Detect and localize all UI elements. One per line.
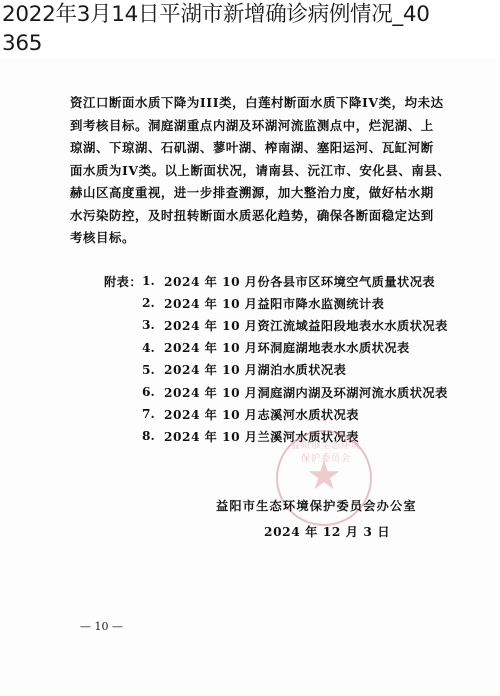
appendix-item: 5. 2024 年 10 月湖泊水质状况表	[104, 359, 448, 381]
body-line: 考核目标。	[70, 227, 430, 250]
body-paragraph: 资江口断面水质下降为III类，白莲村断面水质下降IV类，均未达 到考核目标。洞庭…	[70, 92, 430, 250]
appendix-item-number: 2.	[142, 296, 164, 310]
issuing-office: 益阳市生态环境保护委员会办公室	[216, 497, 417, 514]
appendix-item: 附表： 1. 2024 年 10 月份各县市区环境空气质量状况表	[104, 270, 448, 292]
body-line: 资江口断面水质下降为III类，白莲村断面水质下降IV类，均未达	[70, 92, 430, 115]
body-line: 琼湖、下琼湖、石矶湖、蓼叶湖、榨南湖、塞阳运河、瓦缸河断	[70, 137, 430, 160]
appendix-item-text: 2024 年 10 月湖泊水质状况表	[164, 361, 346, 378]
page-title-line-2: 365	[2, 29, 500, 58]
appendix-item-number: 1.	[142, 274, 164, 288]
appendix-item-number: 5.	[142, 363, 164, 377]
appendix-item-text: 2024 年 10 月益阳市降水监测统计表	[164, 295, 384, 312]
appendix-item-number: 4.	[142, 341, 164, 355]
page-title: 2022年3月14日平湖市新增确诊病例情况_40 365	[2, 0, 500, 58]
appendix-label: 附表：	[104, 273, 142, 290]
appendix-item: 7. 2024 年 10 月志溪河水质状况表	[104, 403, 448, 425]
appendix-item-number: 8.	[142, 429, 164, 443]
issue-date: 2024 年 12 月 3 日	[264, 523, 390, 540]
appendix-item: 6. 2024 年 10 月洞庭湖内湖及环湖河流水质状况表	[104, 381, 448, 403]
appendix-list: 附表： 1. 2024 年 10 月份各县市区环境空气质量状况表 2. 2024…	[104, 270, 448, 448]
appendix-item-number: 6.	[142, 385, 164, 399]
appendix-item-text: 2024 年 10 月环洞庭湖地表水水质状况表	[164, 339, 410, 356]
body-line: 赫山区高度重视，进一步排查溯源，加大整治力度，做好枯水期	[70, 182, 430, 205]
appendix-item-number: 7.	[142, 407, 164, 421]
page-number: — 10 —	[80, 620, 123, 633]
appendix-item: 3. 2024 年 10 月资江流域益阳段地表水水质状况表	[104, 314, 448, 336]
appendix-item-number: 3.	[142, 318, 164, 332]
appendix-item: 8. 2024 年 10 月兰溪河水质状况表	[104, 425, 448, 447]
appendix-item-text: 2024 年 10 月资江流域益阳段地表水水质状况表	[164, 317, 448, 334]
appendix-item-text: 2024 年 10 月份各县市区环境空气质量状况表	[164, 273, 435, 290]
page-title-line-1: 2022年3月14日平湖市新增确诊病例情况_40	[2, 0, 500, 29]
appendix-item: 4. 2024 年 10 月环洞庭湖地表水水质状况表	[104, 337, 448, 359]
appendix-item-text: 2024 年 10 月志溪河水质状况表	[164, 406, 359, 423]
body-line: 水污染防控，及时扭转断面水质恶化趋势，确保各断面稳定达到	[70, 205, 430, 228]
body-line: 面水质为IV类。以上断面状况，请南县、沅江市、安化县、南县、	[70, 160, 430, 183]
body-line: 到考核目标。洞庭湖重点内湖及环湖河流监测点中，烂泥湖、上	[70, 115, 430, 138]
star-icon: ★	[278, 456, 370, 496]
appendix-item: 2. 2024 年 10 月益阳市降水监测统计表	[104, 292, 448, 314]
appendix-item-text: 2024 年 10 月洞庭湖内湖及环湖河流水质状况表	[164, 384, 448, 401]
